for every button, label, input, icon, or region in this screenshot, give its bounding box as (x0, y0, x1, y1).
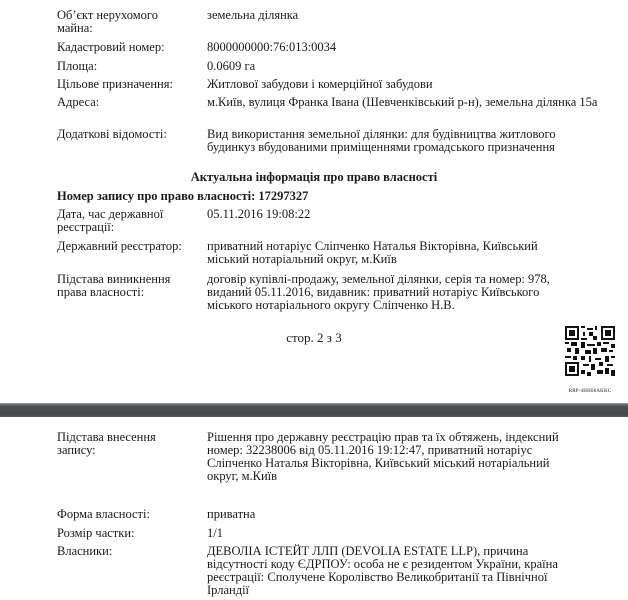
field-value: приватна (207, 508, 597, 521)
field-label: Державний реєстратор: (57, 240, 202, 253)
field-label: Розмір частки: (57, 527, 202, 540)
field-value: 05.11.2016 19:08:22 (207, 208, 597, 221)
page-separator (0, 403, 628, 417)
qr-code-icon (565, 326, 615, 376)
field-value: приватний нотаріус Сліпченко Наталья Вік… (207, 240, 567, 266)
document-page-2: Об’єкт нерухомого майна: земельна ділянк… (0, 0, 628, 405)
field-label: Дата, час державної реєстрації: (57, 208, 177, 234)
field-label: Додаткові відомості: (57, 128, 202, 141)
field-label: Площа: (57, 60, 202, 73)
field-label: Форма власності: (57, 508, 202, 521)
field-label: Об’єкт нерухомого майна: (57, 9, 167, 35)
field-value: земельна ділянка (207, 9, 597, 22)
field-label: Адреса: (57, 96, 202, 109)
document-page-3: Підстава внесення запису: Рішення про де… (0, 417, 628, 600)
qr-caption: RRP-4HH68AKKC (552, 389, 628, 394)
field-label: Підстава виникнення права власності: (57, 273, 182, 299)
field-value: Житлової забудови і комерційної забудови (207, 78, 597, 91)
field-value: ДЕВОЛІА ІСТЕЙТ ЛЛП (DEVOLIA ESTATE LLP),… (207, 545, 579, 597)
field-value: м.Київ, вулиця Франка Івана (Шевченківсь… (207, 96, 607, 109)
field-value: Рішення про державну реєстрацію прав та … (207, 431, 579, 483)
field-value: Вид використання земельної ділянки: для … (207, 128, 587, 154)
field-label: Кадастровий номер: (57, 41, 202, 54)
section-heading: Актуальна інформація про право власності (0, 170, 628, 185)
field-label: Підстава внесення запису: (57, 431, 177, 457)
field-value: договір купівлі-продажу, земельної ділян… (207, 273, 577, 312)
field-value: 1/1 (207, 527, 597, 540)
page-indicator: стор. 2 з 3 (0, 330, 628, 346)
field-value: 0.0609 га (207, 60, 597, 73)
field-label: Власники: (57, 545, 202, 558)
field-value: 8000000000:76:013:0034 (207, 41, 597, 54)
field-label: Цільове призначення: (57, 78, 202, 91)
record-number: Номер запису про право власності: 172973… (57, 189, 308, 204)
